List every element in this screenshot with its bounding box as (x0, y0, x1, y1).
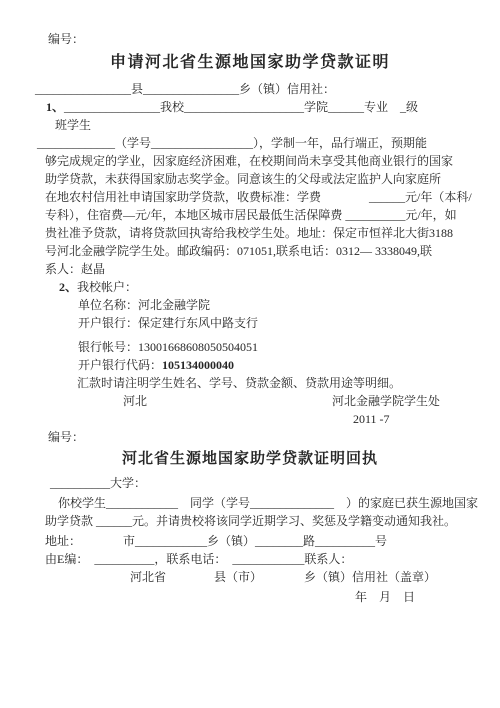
bank-name-line: 开户银行：保定建行东风中路支行 (78, 314, 465, 332)
item1-number: 1、 (46, 100, 64, 114)
signature-right: 河北金融学院学生处 (332, 392, 440, 410)
receipt-serial-label: 编号： (48, 428, 465, 446)
certificate-paragraph-5: 贵社准予贷款，请将贷款回执寄给我校学生处。地址：保定市恒祥北大街3188 (45, 224, 465, 242)
receipt-date-line: 年 月 日 (355, 588, 465, 606)
certificate-serial-label: 编号： (48, 30, 465, 48)
certificate-item2-line: 2、我校帐户： (59, 278, 465, 296)
receipt-paragraph-2: 助学贷款 ______元。并请贵校将该同学近期学习、奖惩及学籍变动通知我社。 (45, 512, 465, 530)
certificate-item1-continuation: 班学生 (55, 116, 465, 134)
receipt-university-line: __________大学： (50, 474, 465, 492)
certificate-recipient-line: ________________县________________乡（镇）信用社… (35, 80, 465, 98)
receipt-paragraph-1: 你校学生____________ 同学（学号______________ ）的家… (58, 494, 465, 512)
item2-number: 2、 (59, 280, 77, 294)
certificate-signature-row: 河北 河北金融学院学生处 (35, 392, 465, 410)
receipt-postal-line: 由E编： __________，联系电话： ____________联系人： (45, 550, 465, 568)
certificate-paragraph-3: 在地农村信用社申请国家助学贷款，收费标准：学费 ______元/年（本科/ (45, 188, 465, 206)
certificate-date-line: 2011 -7 (353, 410, 465, 428)
signature-left: 河北 (123, 392, 147, 410)
item2-text: 我校帐户： (77, 280, 137, 294)
certificate-title: 申请河北省生源地国家助学贷款证明 (35, 51, 465, 75)
certificate-paragraph-4: 专科），住宿费—元/年，本地区城市居民最低生活保障费 __________元/年… (45, 206, 465, 224)
bank-code-label: 开户银行代码： (78, 358, 162, 372)
receipt-signature-line: 河北省 县（市） 乡（镇）信用社（盖章） (130, 568, 465, 586)
bank-code-value: 105134000040 (162, 358, 234, 372)
certificate-paragraph-6: 号河北金融学院学生处。邮政编码：071051,联系电话：0312— 333804… (45, 242, 465, 260)
item1-text: ________________我校____________________学院… (64, 100, 418, 114)
document-page: 编号： 申请河北省生源地国家助学贷款证明 ________________县__… (0, 0, 500, 708)
certificate-paragraph-1: 够完成规定的学业，因家庭经济困难，在校期间尚未享受其他商业银行的国家 (45, 152, 465, 170)
receipt-title: 河北省生源地国家助学贷款证明回执 (35, 448, 465, 470)
certificate-item1-line: 1、________________我校____________________… (46, 98, 465, 116)
certificate-paragraph-2: 助学贷款，未获得国家励志奖学金。同意该生的父母或法定监护人向家庭所 (45, 170, 465, 188)
remit-note-line: 汇款时请注明学生姓名、学号、贷款金额、贷款用途等明细。 (77, 374, 465, 392)
bank-code-line: 开户银行代码：105134000040 (78, 356, 465, 374)
account-number-line: 银行帐号：13001668608050504051 (78, 338, 465, 356)
certificate-student-number-line: _____________（学号_________________），学制一年，… (37, 134, 465, 152)
receipt-address-line: 地址： 市____________乡（镇）________路__________… (45, 532, 465, 550)
account-name-line: 单位名称：河北金融学院 (78, 296, 465, 314)
certificate-paragraph-7: 系人：赵晶 (45, 260, 465, 278)
